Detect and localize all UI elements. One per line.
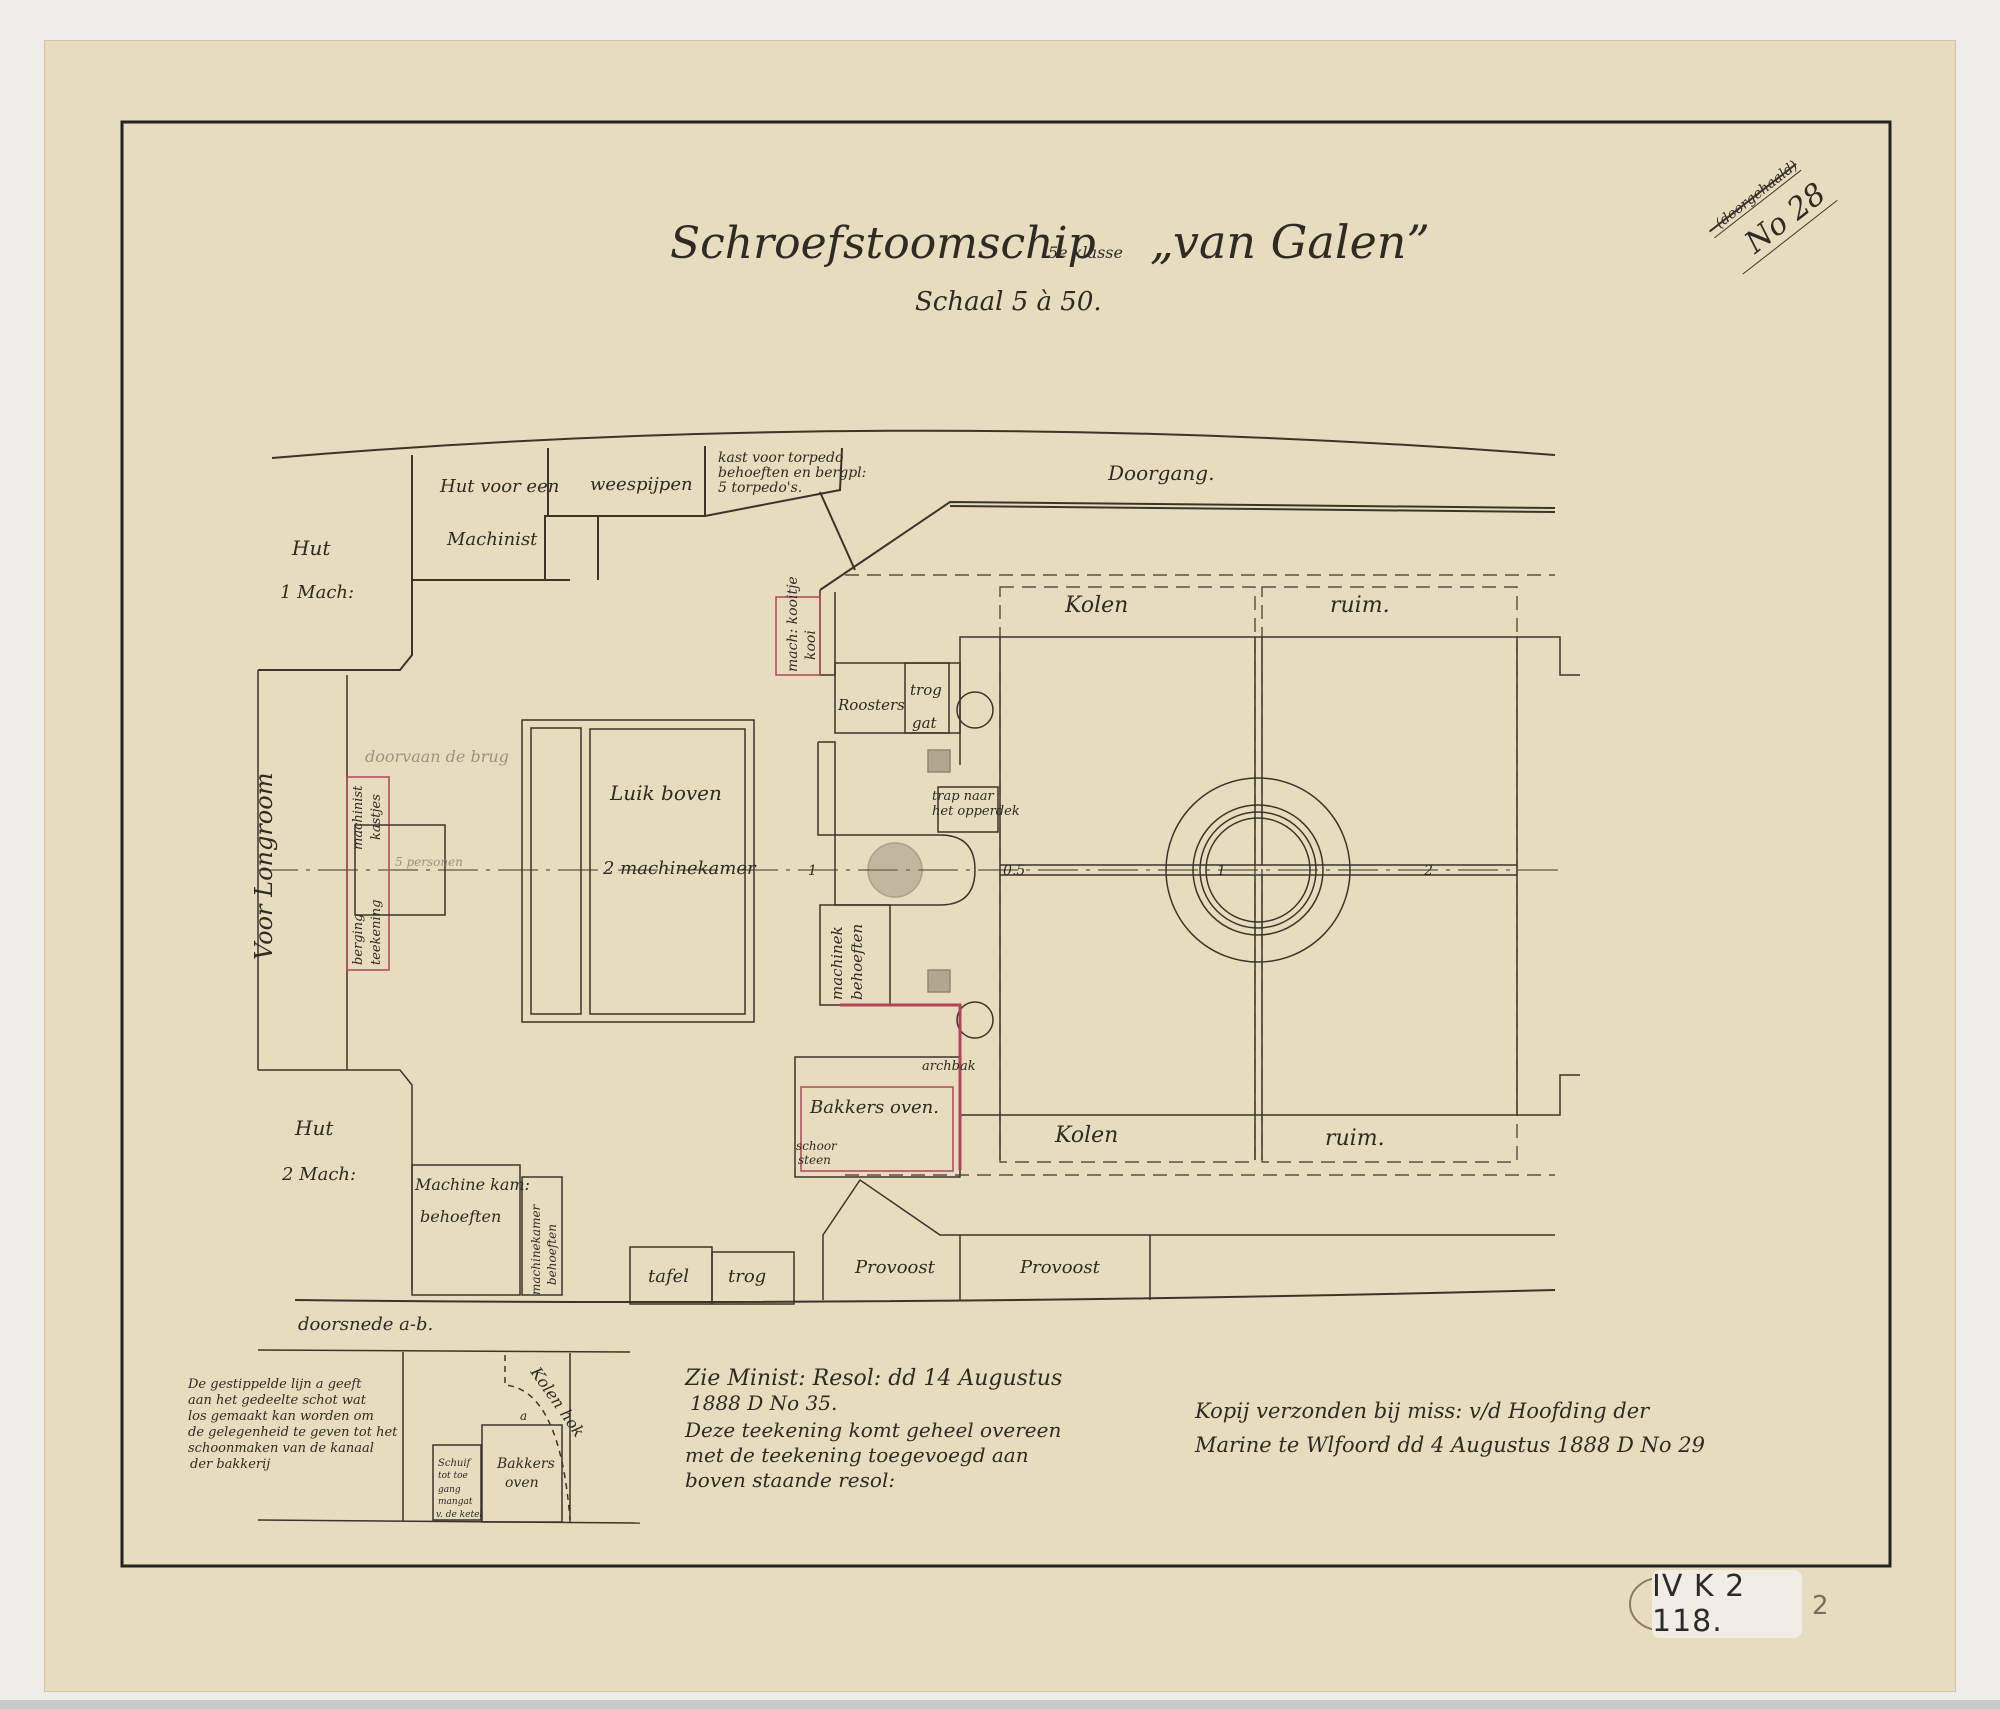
section-bakkers-1: Bakkers xyxy=(496,1456,555,1472)
label-kast-torpedo-1: kast voor torpedo xyxy=(718,450,843,466)
resolution-line: boven staande resol: xyxy=(685,1468,895,1492)
section-schuif-2: tot toe xyxy=(438,1471,468,1481)
label-troggat-2: gat xyxy=(912,714,938,732)
label-voor-longroom: Voor Longroom xyxy=(250,773,278,960)
title-class: 5e klasse xyxy=(1048,243,1123,262)
label-machinist: Machinist xyxy=(446,529,538,550)
resolution-line: Zie Minist: Resol: dd 14 Augustus xyxy=(684,1366,1062,1391)
label-machinekamer: 2 machinekamer xyxy=(602,858,757,879)
label-trap-2: het opperdek xyxy=(932,804,1020,819)
marker-1b: 1 xyxy=(1217,863,1226,879)
section-note-line: schoonmaken van de kanaal xyxy=(188,1441,374,1456)
label-provoost-2: Provoost xyxy=(1019,1257,1101,1278)
section-bakkers-2: oven xyxy=(505,1475,539,1491)
label-doorsnede: doorsnede a-b. xyxy=(298,1314,433,1335)
title-scale: Schaal 5 à 50. xyxy=(915,287,1102,317)
corner-note: (doorgehaald) No 28 xyxy=(1705,151,1838,274)
label-mk-behoeften-1: Machine kam: xyxy=(414,1175,530,1194)
label-trog: trog xyxy=(728,1266,766,1287)
label-troggat-1: trog xyxy=(910,681,942,699)
label-kast-torpedo-2: behoeften en bergpl: xyxy=(718,465,866,481)
label-roosters: Roosters xyxy=(837,696,905,714)
archive-label: IV K 2 118. xyxy=(1652,1570,1802,1638)
marker-1: 1 xyxy=(808,863,817,879)
label-machinist-kastjes-1: machinist xyxy=(351,785,366,850)
label-ruim-top: ruim. xyxy=(1330,593,1390,618)
section-note-line: de gelegenheid te geven tot het xyxy=(188,1425,398,1440)
pencil-note: doorvaan de brug xyxy=(365,747,509,766)
label-mk-beh-small-2: behoeften xyxy=(545,1224,559,1285)
label-kolen-bottom: Kolen xyxy=(1054,1123,1118,1148)
pencil-note-2: 5 personen xyxy=(395,855,463,869)
deck-plan-drawing: Schroefstoomschip 5e klasse „van Galen” … xyxy=(0,0,2000,1709)
label-hut-1: Hut xyxy=(291,536,331,560)
label-berging-2: teekening xyxy=(369,900,384,965)
copy-sent-line: Kopij verzonden bij miss: v/d Hoofding d… xyxy=(1194,1399,1651,1423)
section-schuif-3: gang xyxy=(438,1485,461,1495)
resolution-annotation: Zie Minist: Resol: dd 14 Augustus 1888 D… xyxy=(684,1366,1062,1492)
section-kolen-hok: Kolen hok xyxy=(526,1363,588,1441)
label-machinek-1: machinek xyxy=(828,926,846,1000)
label-berging-1: berging xyxy=(351,914,366,965)
label-machinek-2: behoeften xyxy=(848,924,866,1000)
marker-2: 2 xyxy=(1423,863,1433,879)
label-kast-torpedo-3: 5 torpedo's. xyxy=(718,480,802,496)
section-schuif-1: Schuif xyxy=(438,1458,473,1469)
label-kooi: kooi xyxy=(803,630,819,660)
label-hut-voor-een: Hut voor een xyxy=(439,476,559,497)
resolution-line: met de teekening toegevoegd aan xyxy=(685,1443,1029,1467)
frame-border xyxy=(122,122,1890,1566)
section-note-line: De gestippelde lijn a geeft xyxy=(187,1377,362,1392)
section-note-line: aan het gedeelte schot wat xyxy=(188,1393,367,1408)
hull-top-line xyxy=(272,431,1555,458)
section-schuif-5: v. de ketel xyxy=(436,1510,482,1520)
section-a-marker: a xyxy=(520,1409,527,1423)
bottom-cabins xyxy=(412,1165,1555,1304)
archive-suffix: 2 xyxy=(1812,1591,1829,1621)
marker-0-5: 0.5 xyxy=(1003,863,1025,879)
label-archbak: archbak xyxy=(922,1059,976,1074)
section-note-line: der bakkerij xyxy=(190,1457,270,1472)
label-hut-2-mach: 2 Mach: xyxy=(281,1164,356,1185)
resolution-line: 1888 D No 35. xyxy=(690,1391,837,1415)
label-hut-1-mach: 1 Mach: xyxy=(280,582,354,603)
section-note: De gestippelde lijn a geeft aan het gede… xyxy=(187,1377,398,1472)
label-provoost-1: Provoost xyxy=(854,1257,936,1278)
copy-sent-annotation: Kopij verzonden bij miss: v/d Hoofding d… xyxy=(1194,1399,1705,1457)
label-trap-1: trap naar xyxy=(932,789,995,804)
label-mk-beh-small-1: machinekamer xyxy=(529,1203,543,1295)
label-ruim-bottom: ruim. xyxy=(1325,1126,1385,1151)
label-doorgang: Doorgang. xyxy=(1107,461,1214,485)
resolution-line: Deze teekening komt geheel overeen xyxy=(684,1418,1061,1442)
label-kolen-top: Kolen xyxy=(1064,593,1128,618)
label-mk-behoeften-2: behoeften xyxy=(420,1207,501,1226)
section-schuif-4: mangat xyxy=(438,1497,473,1507)
central-machinery xyxy=(776,590,998,1177)
title-main: Schroefstoomschip xyxy=(670,218,1096,269)
section-note-line: los gemaakt kan worden om xyxy=(188,1409,374,1424)
label-bakkers-oven: Bakkers oven. xyxy=(809,1097,939,1118)
label-tafel: tafel xyxy=(648,1266,689,1287)
copy-sent-line: Marine te Wlfoord dd 4 Augustus 1888 D N… xyxy=(1194,1433,1705,1457)
title-ship-name: „van Galen” xyxy=(1150,215,1430,269)
label-machinist-kastjes-2: kastjes xyxy=(369,794,384,840)
label-mach-kooi: mach: kooitje xyxy=(785,576,801,672)
label-schoorsteen-2: steen xyxy=(798,1153,831,1167)
label-weespijpen: weespijpen xyxy=(590,474,693,495)
label-luik-boven: Luik boven xyxy=(609,781,722,805)
coal-bunker-walls xyxy=(960,637,1580,1160)
label-hut-2: Hut xyxy=(294,1116,334,1140)
hull-bottom-line xyxy=(295,1290,1555,1302)
label-schoorsteen-1: schoor xyxy=(796,1139,838,1153)
